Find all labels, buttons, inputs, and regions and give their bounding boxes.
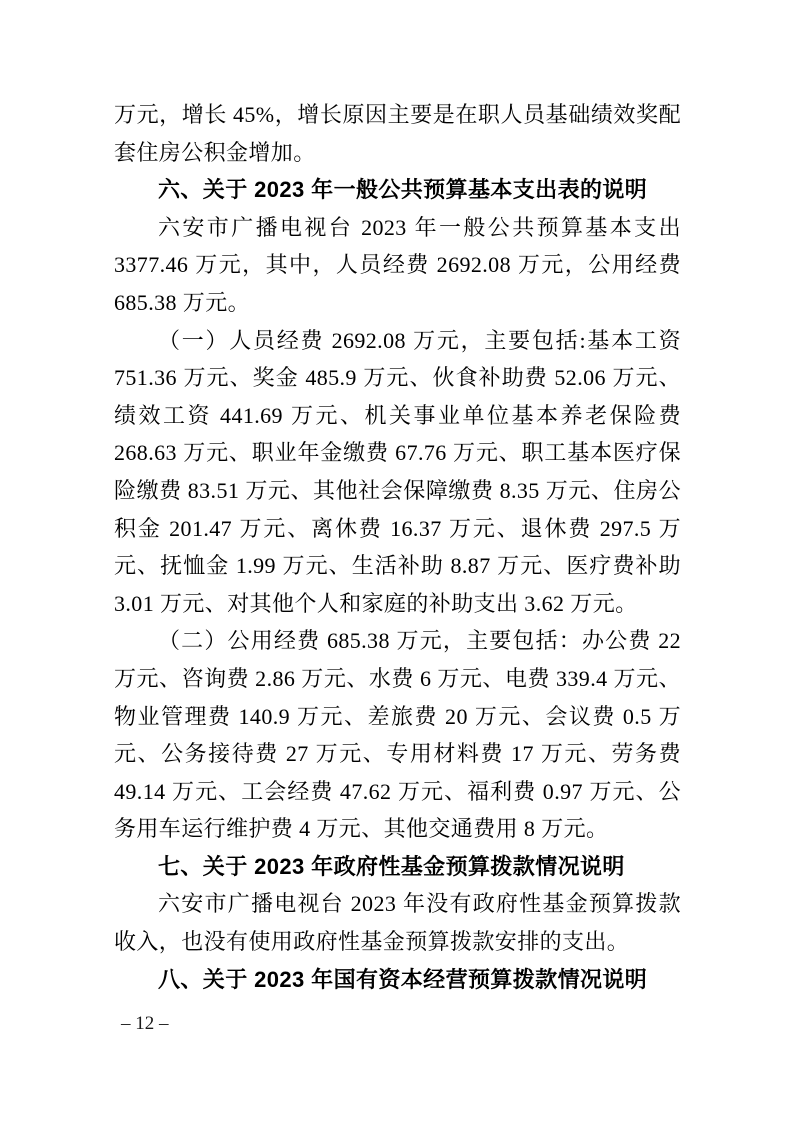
section-heading-8-state-capital-budget: 八、关于 2023 年国有资本经营预算拨款情况说明	[114, 961, 681, 999]
paragraph-basic-expenditure-total: 六安市广播电视台 2023 年一般公共预算基本支出 3377.46 万元，其中，…	[114, 209, 681, 322]
paragraph-personnel-expenses: （一）人员经费 2692.08 万元，主要包括:基本工资 751.36 万元、奖…	[114, 322, 681, 623]
section-heading-7-government-fund-budget: 七、关于 2023 年政府性基金预算拨款情况说明	[114, 848, 681, 886]
document-body: 万元，增长 45%，增长原因主要是在职人员基础绩效奖配套住房公积金增加。 六、关…	[114, 96, 681, 998]
document-page: 万元，增长 45%，增长原因主要是在职人员基础绩效奖配套住房公积金增加。 六、关…	[0, 0, 793, 1122]
paragraph-public-expenses: （二）公用经费 685.38 万元，主要包括：办公费 22 万元、咨询费 2.8…	[114, 622, 681, 848]
section-heading-6-basic-expenditure: 六、关于 2023 年一般公共预算基本支出表的说明	[114, 171, 681, 209]
page-number: – 12 –	[121, 1012, 169, 1036]
paragraph-growth-reason-continuation: 万元，增长 45%，增长原因主要是在职人员基础绩效奖配套住房公积金增加。	[114, 96, 681, 171]
paragraph-government-fund-statement: 六安市广播电视台 2023 年没有政府性基金预算拨款收入，也没有使用政府性基金预…	[114, 885, 681, 960]
